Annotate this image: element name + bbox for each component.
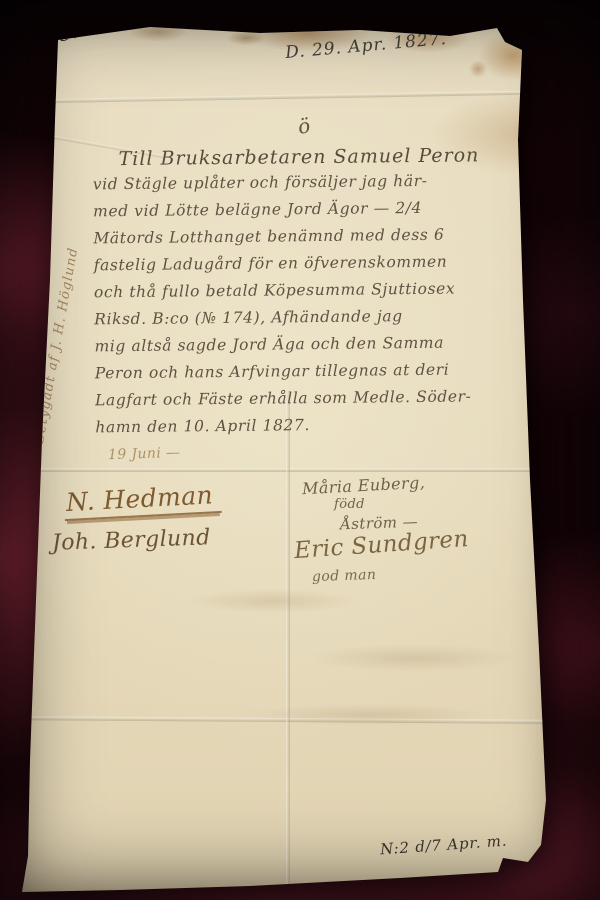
letter-line: hamn den 10. April 1827. — [95, 414, 547, 446]
signature-block-right: Måria Euberg, född Åström — Eric Sundgre… — [294, 476, 534, 606]
stain — [308, 644, 518, 672]
archival-number-note: 76/Samdh. — [29, 11, 127, 54]
opening-flourish: ö — [296, 113, 312, 139]
fold-crease-top — [8, 90, 553, 104]
signature-hedman-name: N. Hedman — [63, 480, 222, 521]
letter-body: Till Bruksarbetaren Samuel Peron vid Stä… — [92, 144, 547, 446]
signature-berglund: Joh. Berglund — [52, 525, 211, 556]
margin-note: Betygadt af J. H. Höglund — [32, 164, 96, 444]
photo-background: 76/Samdh. D. 29. Apr. 1827. ö Betygadt a… — [0, 0, 600, 900]
signature-euberg: Måria Euberg, — [302, 473, 426, 498]
date-annotation: D. 29. Apr. 1827. — [284, 29, 447, 63]
post-date-note: 19 Juni — — [108, 445, 181, 464]
signature-sundgren: Eric Sundgren — [293, 526, 469, 564]
fold-crease-vertical — [286, 394, 290, 888]
stain — [248, 704, 488, 726]
signature-godman-title: god man — [312, 567, 377, 585]
registry-note: N:2 d/7 Apr. m. — [380, 832, 508, 859]
fold-crease-middle — [8, 468, 553, 472]
document-paper: 76/Samdh. D. 29. Apr. 1827. ö Betygadt a… — [8, 14, 553, 896]
signature-hedman: N. Hedman — [63, 480, 222, 521]
signature-fodd: född — [334, 497, 365, 512]
